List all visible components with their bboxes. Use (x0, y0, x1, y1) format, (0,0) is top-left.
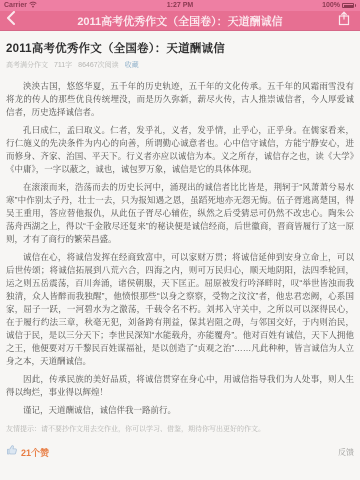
paragraph: 因此，传承民族的美好品质，将诚信贯穿在身心中，用诚信指导我们为人处事，则人生得以… (6, 373, 354, 399)
battery-percent: 100% (322, 2, 340, 9)
favorite-link[interactable]: 收藏 (125, 60, 139, 70)
status-bar: Carrier 1:27 PM 100% (0, 0, 360, 11)
paragraph: 在滚滚而来，浩荡而去的历史长河中，涌现出的诚信者比比皆是，荆轲于“风萧萧兮易水寒… (6, 181, 354, 246)
article-content: 2011高考优秀作文（全国卷）：天道酬诚信 高考满分作文 711字 86467次… (0, 31, 360, 480)
status-time: 1:27 PM (0, 2, 360, 9)
share-button[interactable] (338, 12, 354, 30)
nav-bar: 2011高考优秀作文（全国卷）：天道酬诚信 (0, 11, 360, 31)
like-count: 21个赞 (21, 446, 49, 459)
meta-category: 高考满分作文 (6, 60, 48, 70)
share-icon (338, 11, 350, 31)
feedback-link[interactable]: 反馈 (338, 447, 354, 458)
thumbs-up-icon (6, 443, 18, 461)
carrier-label: Carrier (4, 2, 27, 9)
like-row: 21个赞 反馈 (6, 443, 354, 461)
paragraph: 泱泱古国，悠悠华夏，五千年的历史轨迹，五千年的文化传承。五千年的风霜雨雪没有将龙… (6, 80, 354, 119)
back-button[interactable] (6, 11, 26, 31)
like-button[interactable]: 21个赞 (6, 443, 49, 461)
meta-read-count: 86467次阅读 (78, 60, 118, 70)
status-right: 100% (322, 2, 356, 9)
nav-title: 2011高考优秀作文（全国卷）：天道酬诚信 (30, 13, 330, 29)
battery-icon (342, 3, 356, 8)
chevron-left-icon (6, 11, 16, 30)
article-body: 泱泱古国，悠悠华夏，五千年的历史轨迹，五千年的文化传承。五千年的风霜雨雪没有将龙… (6, 80, 354, 417)
paragraph: 诚信在心，将诚信发挥在经商致富中，可以家财万贯；将诚信延伸到安身立命上，可以后世… (6, 251, 354, 368)
meta-word-count: 711字 (54, 60, 72, 70)
article-meta: 高考满分作文 711字 86467次阅读 收藏 (6, 60, 354, 70)
paragraph: 谨记，天道酬诚信，诚信伴我一路前行。 (6, 404, 354, 417)
friendly-tip: 友情提示：请不要抄作文用去交作业，你可以学习、借鉴，期待你写出更好的作文。 (6, 424, 354, 434)
paragraph: 孔曰成仁，孟曰取义。仁者，发乎礼，义者，发乎情，止乎心，正乎身。在儒家看来，行仁… (6, 124, 354, 176)
status-left: Carrier (4, 1, 37, 10)
article-title: 2011高考优秀作文（全国卷）：天道酬诚信 (6, 40, 354, 56)
wifi-icon (29, 1, 37, 10)
screen: Carrier 1:27 PM 100% (0, 0, 360, 480)
